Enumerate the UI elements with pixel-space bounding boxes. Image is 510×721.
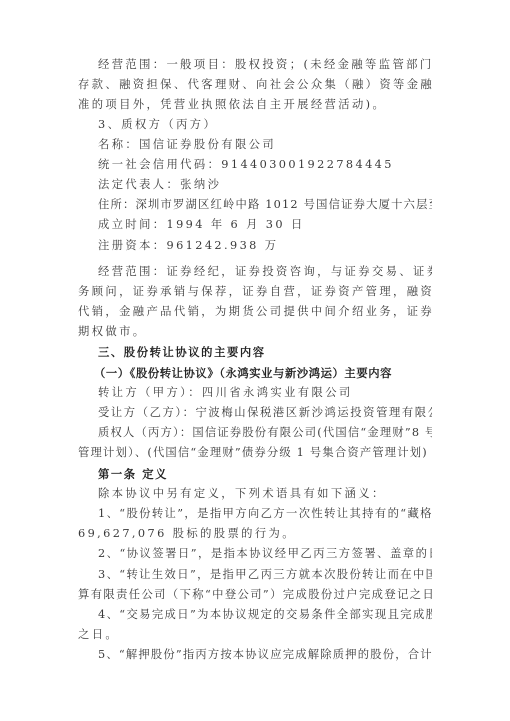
definition-1-line-2: 69,627,076 股标的股票的行为。 [78, 527, 432, 541]
definition-5-line-1: 5、“解押股份”指丙方按本协议应完成解除质押的股份，合计“藏格矿业” [98, 648, 432, 662]
party-b-scope-line-2: 存款、融资担保、代客理财、向社会公众集（融）资等金融业务)(除依法须经批 [78, 78, 432, 92]
section-three-heading: 三、股份转让协议的主要内容 [98, 345, 432, 359]
party-b-scope-line-1: 经营范围：一般项目：股权投资；(未经金融等监管部门批准不得从事吸收 [98, 58, 432, 72]
party-c-credit-code: 统一社会信用代码：914403001922784445 [98, 158, 432, 172]
transferee-line: 受让方（乙方）：宁波梅山保税港区新沙鸿运投资管理有限公司 [98, 406, 432, 420]
transferor-line: 转让方（甲方）：四川省永鸿实业有限公司 [98, 386, 432, 400]
party-c-scope-line-4: 期权做市。 [78, 325, 432, 339]
pledgee-line-2: 管理计划）、(代国信“金理财”债券分级 1 号集合资产管理计划) [78, 446, 432, 460]
party-c-name: 名称：国信证券股份有限公司 [98, 138, 432, 152]
definition-3-line-2: 算有限责任公司（下称“中登公司”）完成股份过户完成登记之日。 [78, 588, 432, 602]
definition-3-line-1: 3、“转让生效日”，是指甲乙丙三方就本次股份转让而在中国证券登记结 [98, 568, 432, 582]
definition-1-line-1: 1、“股份转让”，是指甲方向乙方一次性转让其持有的“藏格矿业”的 [98, 507, 432, 521]
article-one-intro: 除本协议中另有定义，下列术语具有如下涵义： [98, 487, 432, 501]
document-page: 经营范围：一般项目：股权投资；(未经金融等监管部门批准不得从事吸收 存款、融资担… [0, 0, 510, 721]
pledgee-line-1: 质权人（丙方）：国信证券股份有限公司(代国信“金理财”8 号集合资产 [98, 426, 432, 440]
party-b-scope-line-3: 准的项目外，凭营业执照依法自主开展经营活动)。 [78, 98, 432, 112]
section-three-subheading: （一）《股份转让协议》（永鸿实业与新沙鸿运）主要内容 [94, 366, 428, 380]
party-c-legal-rep: 法定代表人：张纳沙 [98, 178, 432, 192]
party-c-capital: 注册资本：961242.938 万 [98, 239, 432, 253]
party-c-address: 住所：深圳市罗湖区红岭中路 1012 号国信证券大厦十六层至二十六层 [98, 198, 432, 212]
party-c-scope-line-2: 务顾问，证券承销与保荐，证券自营，证券资产管理，融资融券，证券投资基金 [78, 285, 432, 299]
party-c-scope-line-3: 代销，金融产品代销，为期货公司提供中间介绍业务，证券投资基金托管，股票 [78, 305, 432, 319]
party-c-scope-line-1: 经营范围：证券经纪，证券投资咨询，与证券交易、证券投资活动有关的财 [98, 265, 432, 279]
party-c-heading: 3、质权方（丙方） [98, 118, 432, 132]
definition-2-line-1: 2、“协议签署日”，是指本协议经甲乙丙三方签署、盖章的日期。 [98, 547, 432, 561]
party-c-founded: 成立时间：1994 年 6 月 30 日 [98, 218, 432, 232]
definition-4-line-2: 之日。 [78, 628, 432, 642]
definition-4-line-1: 4、“交易完成日”为本协议规定的交易条件全部实现且完成股份转让过户 [98, 608, 432, 622]
article-one-heading: 第一条 定义 [98, 467, 432, 481]
